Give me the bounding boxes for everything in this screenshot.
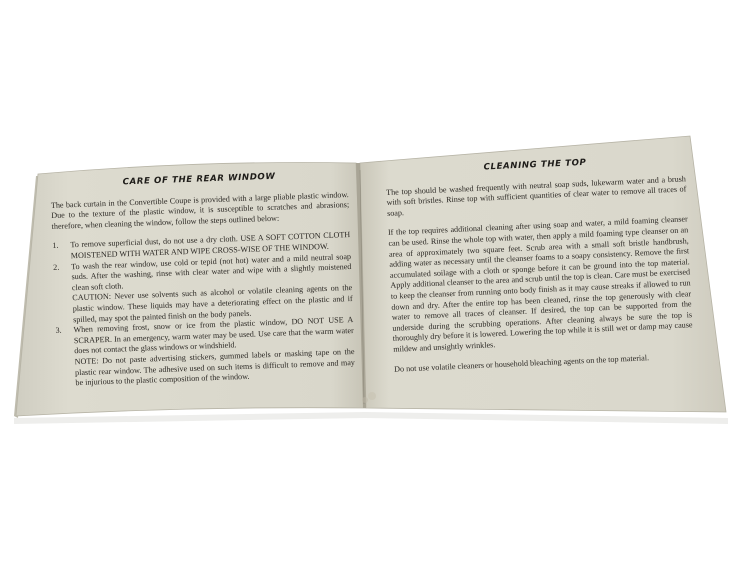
left-page: CARE OF THE REAR WINDOW The back curtain… (50, 169, 355, 389)
right-page: CLEANING THE TOP The top should be washe… (385, 153, 695, 383)
open-booklet-photo: CARE OF THE REAR WINDOW The back curtain… (0, 0, 750, 563)
step-item: 3. When removing frost, snow or ice from… (55, 315, 355, 389)
paragraph: If the top requires additional cleaning … (388, 215, 693, 356)
step-number: 1. (52, 241, 71, 263)
left-page-intro: The back curtain in the Convertible Coup… (51, 190, 350, 233)
step-number: 3. (55, 325, 75, 389)
paragraph: Do not use volatile cleaners or househol… (394, 351, 694, 375)
step-number: 2. (53, 262, 73, 326)
rear-window-steps: 1. To remove superficial dust, do not us… (52, 230, 355, 389)
step-item: 2. To wash the rear window, use cold or … (53, 252, 353, 326)
paragraph: The top should be washed frequently with… (386, 174, 687, 219)
